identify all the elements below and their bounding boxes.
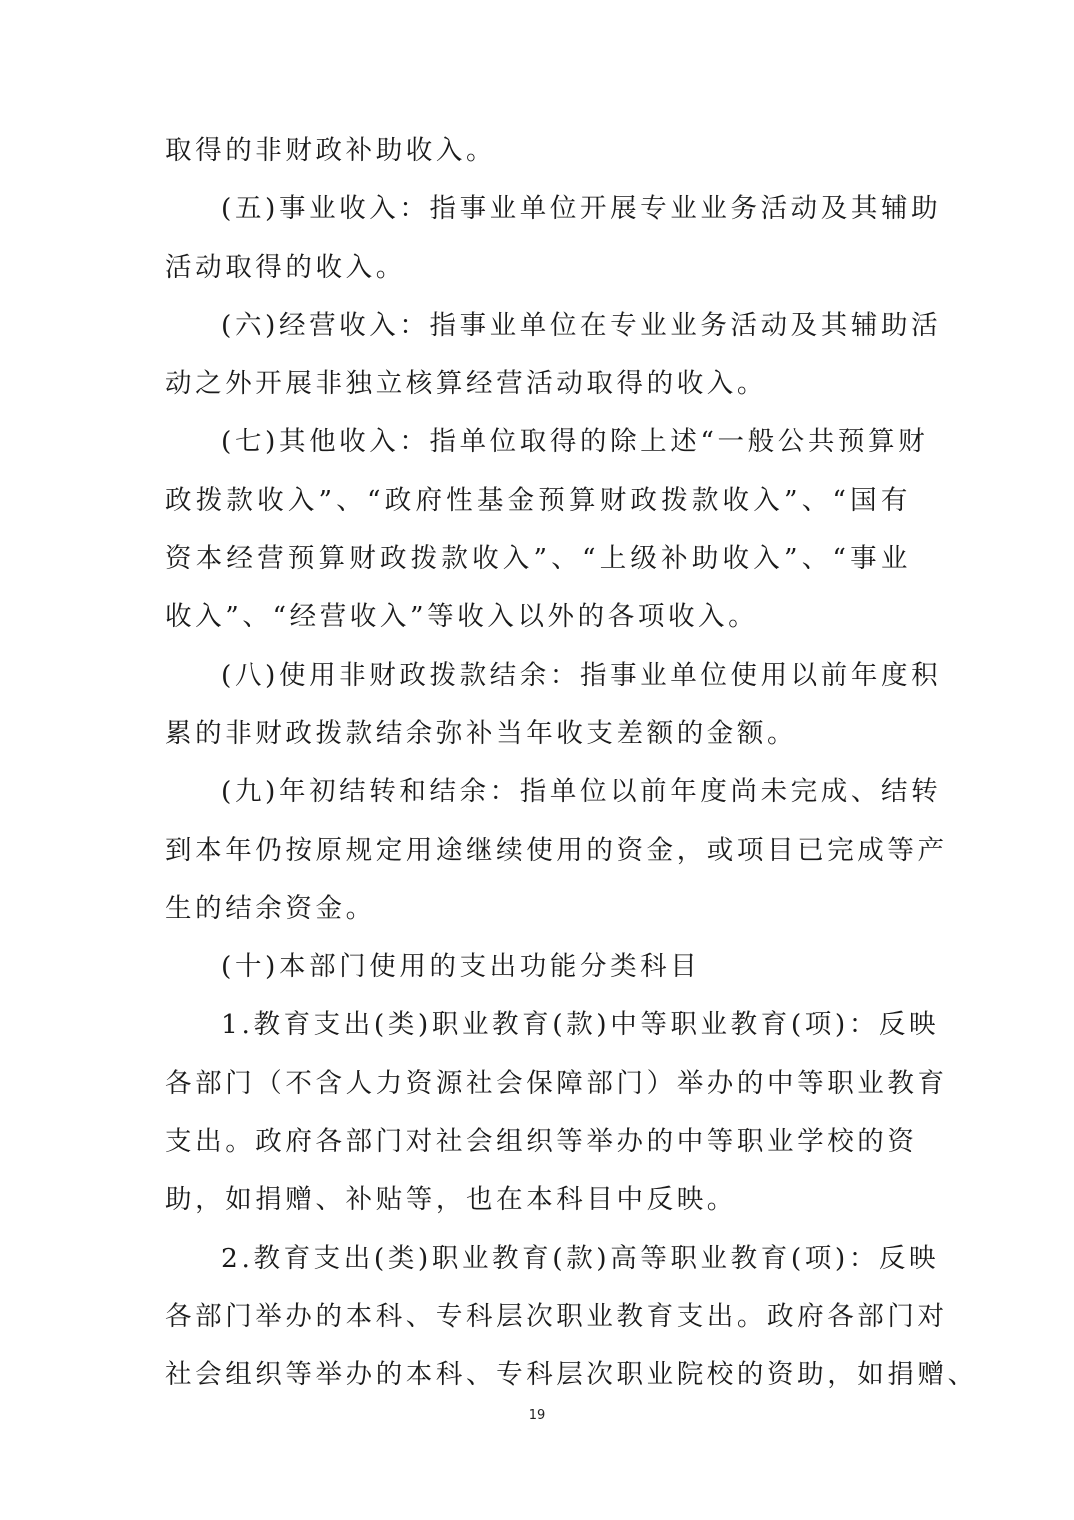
page-number: 19 <box>0 1408 1074 1423</box>
paragraph-higher-vocational-line-1: 2.教育支出(类)职业教育(款)高等职业教育(项)：反映 <box>165 1235 911 1293</box>
paragraph-operating-income-line-2: 动之外开展非独立核算经营活动取得的收入。 <box>165 360 911 418</box>
paragraph-higher-vocational-line-3: 社会组织等举办的本科、专科层次职业院校的资助，如捐赠、 <box>165 1351 911 1409</box>
paragraph-non-fiscal-balance-line-1: (八)使用非财政拨款结余：指事业单位使用以前年度积 <box>165 652 911 710</box>
paragraph-business-income-line-1: (五)事业收入：指事业单位开展专业业务活动及其辅助 <box>165 185 911 243</box>
paragraph-business-income-line-2: 活动取得的收入。 <box>165 244 911 302</box>
paragraph-non-fiscal-balance-line-2: 累的非财政拨款结余弥补当年收支差额的金额。 <box>165 710 911 768</box>
document-body: 取得的非财政补助收入。 (五)事业收入：指事业单位开展专业业务活动及其辅助 活动… <box>165 127 911 1410</box>
paragraph-other-income-line-3: 资本经营预算财政拨款收入”、“上级补助收入”、“事业 <box>165 535 911 593</box>
document-page: 取得的非财政补助收入。 (五)事业收入：指事业单位开展专业业务活动及其辅助 活动… <box>0 0 1074 1520</box>
paragraph-carryover-line-3: 生的结余资金。 <box>165 885 911 943</box>
paragraph-other-income-line-4: 收入”、“经营收入”等收入以外的各项收入。 <box>165 593 911 651</box>
paragraph-secondary-vocational-line-2: 各部门（不含人力资源社会保障部门）举办的中等职业教育 <box>165 1060 911 1118</box>
paragraph-carryover-line-2: 到本年仍按原规定用途继续使用的资金，或项目已完成等产 <box>165 827 911 885</box>
paragraph-other-income-line-2: 政拨款收入”、“政府性基金预算财政拨款收入”、“国有 <box>165 477 911 535</box>
paragraph-other-income-line-1: (七)其他收入：指单位取得的除上述“一般公共预算财 <box>165 418 911 476</box>
paragraph-carryover-line-1: (九)年初结转和结余：指单位以前年度尚未完成、结转 <box>165 768 911 826</box>
paragraph-higher-vocational-line-2: 各部门举办的本科、专科层次职业教育支出。政府各部门对 <box>165 1293 911 1351</box>
section-heading-expenditure-categories: (十)本部门使用的支出功能分类科目 <box>165 943 911 1001</box>
paragraph-operating-income-line-1: (六)经营收入：指事业单位在专业业务活动及其辅助活 <box>165 302 911 360</box>
paragraph-secondary-vocational-line-4: 助，如捐赠、补贴等，也在本科目中反映。 <box>165 1176 911 1234</box>
paragraph-continued-line-1: 取得的非财政补助收入。 <box>165 127 911 185</box>
paragraph-secondary-vocational-line-3: 支出。政府各部门对社会组织等举办的中等职业学校的资 <box>165 1118 911 1176</box>
paragraph-secondary-vocational-line-1: 1.教育支出(类)职业教育(款)中等职业教育(项)：反映 <box>165 1001 911 1059</box>
